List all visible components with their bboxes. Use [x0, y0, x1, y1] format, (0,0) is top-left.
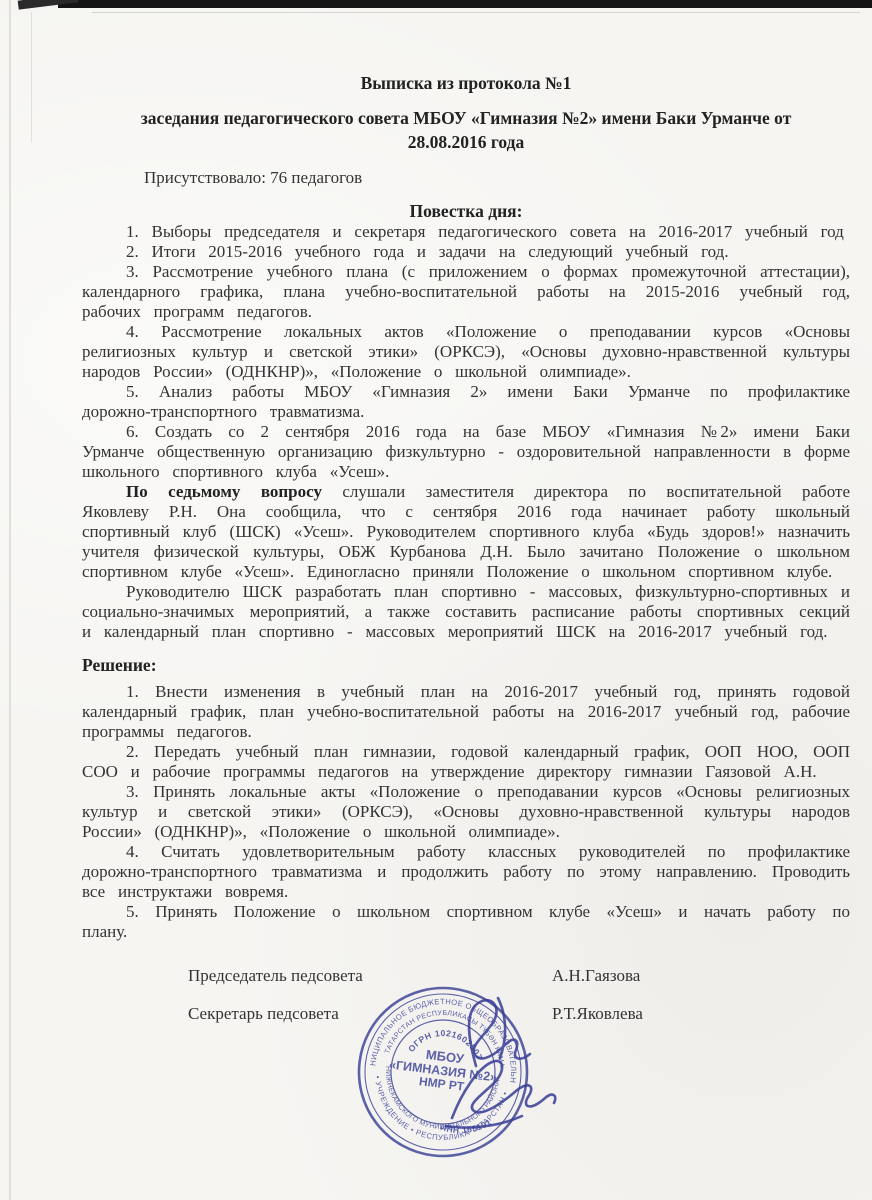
- stamp-ring-bottom-text: • УЧРЕЖДЕНИЕ • РЕСПУБЛИКА ТАТАРСТАН •: [366, 1074, 510, 1149]
- agenda-item-5: 5. Анализ работы МБОУ «Гимназия 2» имени…: [82, 382, 850, 422]
- agenda-item-3: 3. Рассмотрение учебного плана (с прилож…: [82, 262, 850, 322]
- decision-item-1: 1. Внести изменения в учебный план на 20…: [82, 682, 850, 742]
- agenda-list: 1. Выборы председателя и секретаря педаг…: [82, 222, 850, 482]
- agenda-heading: Повестка дня:: [82, 200, 850, 222]
- stamp-ring-mid-bottom-text: НИЖНЕКАМСКОГО МУНИЦИПАЛЬНОГО РАЙОНА: [377, 1065, 501, 1137]
- subtitle-line-2: 28.08.2016 года: [82, 130, 850, 154]
- scanned-document-page: Выписка из протокола №1 заседания педаго…: [0, 0, 872, 1200]
- signature-scribble-secretary: [452, 1061, 555, 1118]
- paragraph-shsk-plan: Руководителю ШСК разработать план спорти…: [82, 582, 850, 642]
- stamp-ogrn-text: ОГРН 1021602507: [405, 1023, 487, 1062]
- agenda-item-1: 1. Выборы председателя и секретаря педаг…: [82, 222, 850, 242]
- signature-row-secretary: Секретарь педсовета Р.Т.Яковлева: [82, 1004, 850, 1024]
- subtitle-line-1: заседания педагогического совета МБОУ «Г…: [82, 106, 850, 130]
- signature-name-secretary: Р.Т.Яковлева: [552, 1004, 643, 1024]
- signature-role-secretary: Секретарь педсовета: [188, 1004, 339, 1023]
- stamp-org-line-3: НМР РТ: [418, 1074, 465, 1093]
- decision-heading: Решение:: [82, 654, 850, 676]
- stamp-org-line-1: МБОУ: [425, 1047, 465, 1067]
- stamp-inn-text: ИНН 165101: [439, 1111, 494, 1139]
- signature-row-chairman: Председатель педсовета А.Н.Гаязова: [82, 966, 850, 986]
- agenda-item-6: 6. Создать со 2 сентября 2016 года на ба…: [82, 422, 850, 482]
- scan-artifact-line-top: [92, 12, 860, 13]
- stamp-inner-ring: [385, 1014, 501, 1130]
- decision-item-5: 5. Принять Положение о школьном спортивн…: [82, 902, 850, 942]
- document-subtitle: заседания педагогического совета МБОУ «Г…: [82, 106, 850, 154]
- document-body: Выписка из протокола №1 заседания педаго…: [82, 72, 850, 1024]
- scan-artifact-line-inner: [31, 12, 32, 142]
- document-title: Выписка из протокола №1: [82, 72, 850, 94]
- decision-list: 1. Внести изменения в учебный план на 20…: [82, 682, 850, 942]
- signature-scribble-secretary-tail: [446, 1116, 522, 1128]
- paragraph-seventh-question: По седьмому вопросу слушали заместителя …: [82, 482, 850, 582]
- decision-item-4: 4. Считать удовлетворительным работу кла…: [82, 842, 850, 902]
- paragraph-lead-bold: По седьмому вопросу: [126, 482, 342, 501]
- decision-item-3: 3. Принять локальные акты «Положение о п…: [82, 782, 850, 842]
- agenda-item-4: 4. Рассмотрение локальных актов «Положен…: [82, 322, 850, 382]
- signature-name-chairman: А.Н.Гаязова: [552, 966, 640, 986]
- agenda-item-2: 2. Итоги 2015-2016 учебного года и задач…: [82, 242, 850, 262]
- attendance-line: Присутствовало: 76 педагогов: [82, 168, 850, 188]
- decision-item-2: 2. Передать учебный план гимназии, годов…: [82, 742, 850, 782]
- scan-artifact-line-left: [9, 0, 11, 1200]
- scanner-edge-bar: [58, 0, 872, 8]
- stamp-org-line-2: «ГИМНАЗИЯ №2»: [388, 1057, 498, 1084]
- signature-role-chairman: Председатель педсовета: [188, 966, 363, 985]
